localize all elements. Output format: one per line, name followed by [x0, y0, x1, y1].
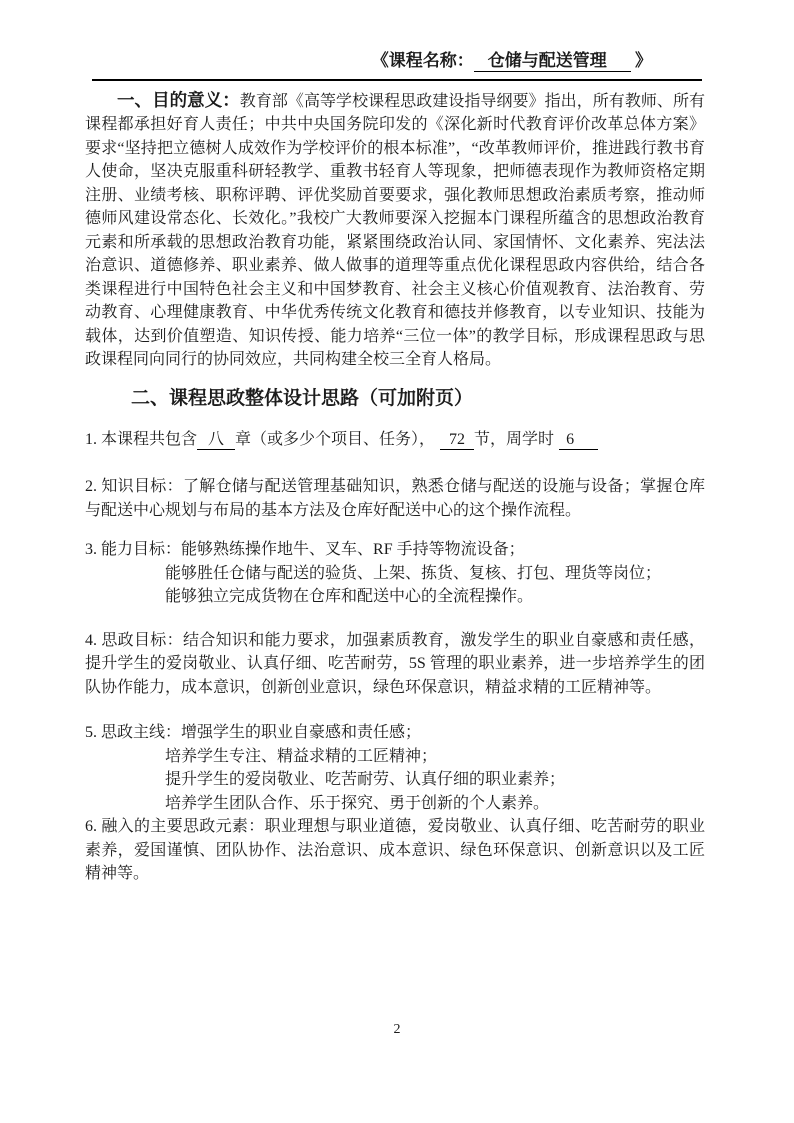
ability-goals-item: 3. 能力目标：能够熟练操作地牛、叉车、RF 手持等物流设备； 能够胜任仓储与配…: [85, 538, 705, 609]
ideology-goals-label: 4. 思政目标：: [85, 632, 183, 649]
page-number: 2: [0, 1022, 794, 1038]
ability-goals-line-1: 3. 能力目标：能够熟练操作地牛、叉车、RF 手持等物流设备；: [85, 538, 705, 562]
ability-goals-line-3: 能够独立完成货物在仓库和配送中心的全流程操作。: [85, 585, 705, 609]
course-structure-mid2: 节，周学时: [474, 431, 554, 448]
section1-purpose-paragraph: 一、目的意义：教育部《高等学校课程思政建设指导纲要》指出，所有教师、所有课程都承…: [85, 89, 705, 372]
course-name-label: 《课程名称：: [372, 51, 474, 70]
weekly-hours-blank: 6: [559, 431, 598, 450]
ideology-mainline-item: 5. 思政主线：增强学生的职业自豪感和责任感； 培养学生专注、精益求精的工匠精神…: [85, 721, 705, 815]
knowledge-goals-label: 2. 知识目标：: [85, 478, 183, 495]
ideology-mainline-line-3: 提升学生的爱岗敬业、吃苦耐劳、认真仔细的职业素养；: [85, 768, 705, 792]
ideology-elements-item: 6. 融入的主要思政元素：职业理想与职业道德，爱岗敬业、认真仔细、吃苦耐劳的职业…: [85, 815, 705, 886]
section2-heading: 二、课程思政整体设计思路（可加附页）: [131, 386, 705, 412]
ideology-elements-label: 6. 融入的主要思政元素：: [85, 818, 265, 835]
course-name-close-bracket: 》: [635, 51, 652, 70]
ability-goals-line-2: 能够胜任仓储与配送的验货、上架、拣货、复核、打包、理货等岗位；: [85, 562, 705, 586]
ideology-mainline-line-2: 培养学生专注、精益求精的工匠精神；: [85, 745, 705, 769]
ideology-mainline-label: 5. 思政主线：: [85, 724, 181, 741]
course-structure-line: 1. 本课程共包含八章（或多少个项目、任务），72节，周学时6: [85, 428, 705, 452]
ability-goals-text-1: 能够熟练操作地牛、叉车、RF 手持等物流设备；: [181, 541, 525, 558]
course-structure-prefix: 1. 本课程共包含: [85, 431, 197, 448]
document-body: 一、目的意义：教育部《高等学校课程思政建设指导纲要》指出，所有教师、所有课程都承…: [85, 89, 705, 886]
ideology-mainline-line-4: 培养学生团队合作、乐于探究、勇于创新的个人素养。: [85, 792, 705, 816]
course-name-value: 仓储与配送管理: [474, 52, 631, 72]
section1-body-text: 教育部《高等学校课程思政建设指导纲要》指出，所有教师、所有课程都承担好育人责任；…: [85, 93, 705, 369]
document-page: 《课程名称：仓储与配送管理 》 一、目的意义：教育部《高等学校课程思政建设指导纲…: [0, 0, 794, 1123]
section1-heading: 一、目的意义：: [117, 90, 240, 110]
ideology-mainline-text-1: 增强学生的职业自豪感和责任感；: [181, 724, 421, 741]
ideology-goals-item: 4. 思政目标：结合知识和能力要求，加强素质教育，激发学生的职业自豪感和责任感，…: [85, 629, 705, 700]
chapter-count-blank: 八: [197, 431, 235, 450]
ideology-mainline-line-1: 5. 思政主线：增强学生的职业自豪感和责任感；: [85, 721, 705, 745]
course-structure-mid1: 章（或多少个项目、任务），: [235, 431, 435, 448]
ability-goals-label: 3. 能力目标：: [85, 541, 181, 558]
knowledge-goals-item: 2. 知识目标：了解仓储与配送管理基础知识，熟悉仓储与配送的设施与设备；掌握仓库…: [85, 475, 705, 522]
document-header: 《课程名称：仓储与配送管理 》: [92, 46, 702, 81]
section-count-blank: 72: [440, 431, 474, 450]
